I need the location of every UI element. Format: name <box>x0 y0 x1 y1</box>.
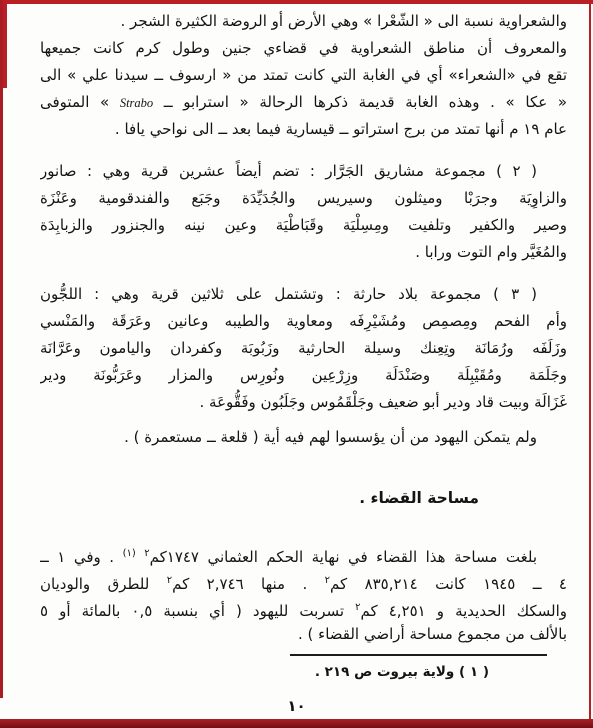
text-segment: ٤ ــ ١٩٤٥ كانت ٨٣٥,٢١٤ كم <box>330 575 567 593</box>
text-segment: ( ٢ ) مجموعة مشاريق الجَرَّار : تضم أيضا… <box>40 162 537 180</box>
text-segment: ( ٣ ) مجموعة بلاد حارثة : وتشتمل على ثلا… <box>40 285 537 303</box>
paragraph-shaarawiya-intro: والشعراوية نسبة الى « الشّعْرا » وهي الأ… <box>40 8 567 143</box>
scanned-book-page: والشعراوية نسبة الى « الشّعْرا » وهي الأ… <box>0 0 593 728</box>
text-segment: بالألف من مجموع مساحة أراضي القضاء ) . <box>298 625 567 643</box>
text-segment: وأم الفحم ومِصمِص ومُشَيْرِفَه ومعاوية و… <box>40 312 567 330</box>
text-segment: ولم يتمكن اليهود من أن يؤسسوا لهم فيه أي… <box>124 428 537 446</box>
text-line: والزاوِيَة وجرَبْا وميثلون وسيريس والجُد… <box>40 185 567 212</box>
page-content: والشعراوية نسبة الى « الشّعْرا » وهي الأ… <box>40 0 567 682</box>
text-segment: والزاوِيَة وجرَبْا وميثلون وسيريس والجُد… <box>40 189 567 207</box>
text-line: والسكك الحديدية و ٤,٢٥١ كم٢ تسربت لليهود… <box>40 594 567 621</box>
text-segment: والمُغَيَّر وام التوت ورابا . <box>415 243 567 261</box>
text-segment: وجَلَمَة ومُقَيْبِلَة وصَنْدَلَة وزِرْعِ… <box>40 366 567 384</box>
area-paragraphs: بلغت مساحة هذا القضاء في نهاية الحكم الع… <box>40 540 567 648</box>
text-line: والمعروف أن مناطق الشعراوية في قضاءي جني… <box>40 35 567 62</box>
text-line: ولم يتمكن اليهود من أن يؤسسوا لهم فيه أي… <box>40 424 567 451</box>
text-segment: والشعراوية نسبة الى « الشّعْرا » وهي الأ… <box>121 12 568 30</box>
text-line: وزَلَفَه ورُمَانَة وتِعِنك وسيلة الحارثي… <box>40 335 567 362</box>
text-line: وجَلَمَة ومُقَيْبِلَة وصَنْدَلَة وزِرْعِ… <box>40 362 567 389</box>
text-line: وأم الفحم ومِصمِص ومُشَيْرِفَه ومعاوية و… <box>40 308 567 335</box>
text-segment: للطرق والوديان <box>40 575 167 593</box>
scan-frame-bottom <box>0 719 593 728</box>
paragraph-group-bilad-haritha: ( ٣ ) مجموعة بلاد حارثة : وتشتمل على ثلا… <box>40 281 567 416</box>
text-line: تقع في «الشعراء» أي في الغابة التي كانت … <box>40 62 567 89</box>
text-line: والشعراوية نسبة الى « الشّعْرا » وهي الأ… <box>40 8 567 35</box>
text-line: ( ٢ ) مجموعة مشاريق الجَرَّار : تضم أيضا… <box>40 158 567 185</box>
text-segment <box>136 548 145 566</box>
text-segment: تقع في «الشعراء» أي في الغابة التي كانت … <box>40 66 567 84</box>
text-segment: والسكك الحديدية و ٤,٢٥١ كم <box>361 602 567 620</box>
text-line: وصير والكفير وتلفيت ومِسِلْيَة وقَبَاطْي… <box>40 212 567 239</box>
superscript: (١) <box>123 548 136 559</box>
text-segment: . منها ٢,٧٤٦ كم <box>172 575 325 593</box>
text-segment: تسربت لليهود ( أي بنسبة ٠,٥ بالمائة أو ٥ <box>40 602 355 620</box>
text-segment: غَزَالَة وبيت قاد ودير أبو ضعيف وجَلْقَم… <box>200 393 568 411</box>
paragraph-district-area: بلغت مساحة هذا القضاء في نهاية الحكم الع… <box>40 540 567 648</box>
text-segment: بلغت مساحة هذا القضاء في نهاية الحكم الع… <box>150 548 537 566</box>
text-line: « عكا » . وهذه الغابة قديمة ذكرها الرحال… <box>40 89 567 116</box>
paragraph-group-mashariq-al-jarrar: ( ٢ ) مجموعة مشاريق الجَرَّار : تضم أيضا… <box>40 158 567 266</box>
text-line: ٤ ــ ١٩٤٥ كانت ٨٣٥,٢١٤ كم٢ . منها ٢,٧٤٦ … <box>40 567 567 594</box>
text-line: والمُغَيَّر وام التوت ورابا . <box>40 239 567 266</box>
page-number: ١٠ <box>0 697 593 715</box>
text-segment: « عكا » . وهذه الغابة قديمة ذكرها الرحال… <box>153 93 567 111</box>
text-line: ( ٣ ) مجموعة بلاد حارثة : وتشتمل على ثلا… <box>40 281 567 308</box>
scan-frame-right <box>589 0 591 728</box>
latin-term: Strabo <box>120 96 153 110</box>
text-line: عام ١٩ م أنها تمتد من برج استراتو ــ قيس… <box>40 116 567 143</box>
text-segment: » المتوفى <box>40 93 120 111</box>
text-segment: وزَلَفَه ورُمَانَة وتِعِنك وسيلة الحارثي… <box>40 339 567 357</box>
text-segment: . وفي ١ ــ <box>40 548 123 566</box>
text-line: بالألف من مجموع مساحة أراضي القضاء ) . <box>40 621 567 648</box>
text-line: غَزَالَة وبيت قاد ودير أبو ضعيف وجَلْقَم… <box>40 389 567 416</box>
text-segment: والمعروف أن مناطق الشعراوية في قضاءي جني… <box>40 39 567 57</box>
text-line: بلغت مساحة هذا القضاء في نهاية الحكم الع… <box>40 540 567 567</box>
section-heading: مساحة القضاء . <box>40 485 567 512</box>
footnote: ( ١ ) ولاية بيروت ص ٢١٩ . <box>40 662 567 682</box>
scan-frame-left <box>0 0 3 698</box>
body-paragraphs: والشعراوية نسبة الى « الشّعْرا » وهي الأ… <box>40 8 567 451</box>
paragraph-jewish-settlements-note: ولم يتمكن اليهود من أن يؤسسوا لهم فيه أي… <box>40 424 567 451</box>
text-segment: وصير والكفير وتلفيت ومِسِلْيَة وقَبَاطْي… <box>40 216 567 234</box>
text-segment: عام ١٩ م أنها تمتد من برج استراتو ــ قيس… <box>115 120 567 138</box>
footnote-separator <box>290 654 547 656</box>
